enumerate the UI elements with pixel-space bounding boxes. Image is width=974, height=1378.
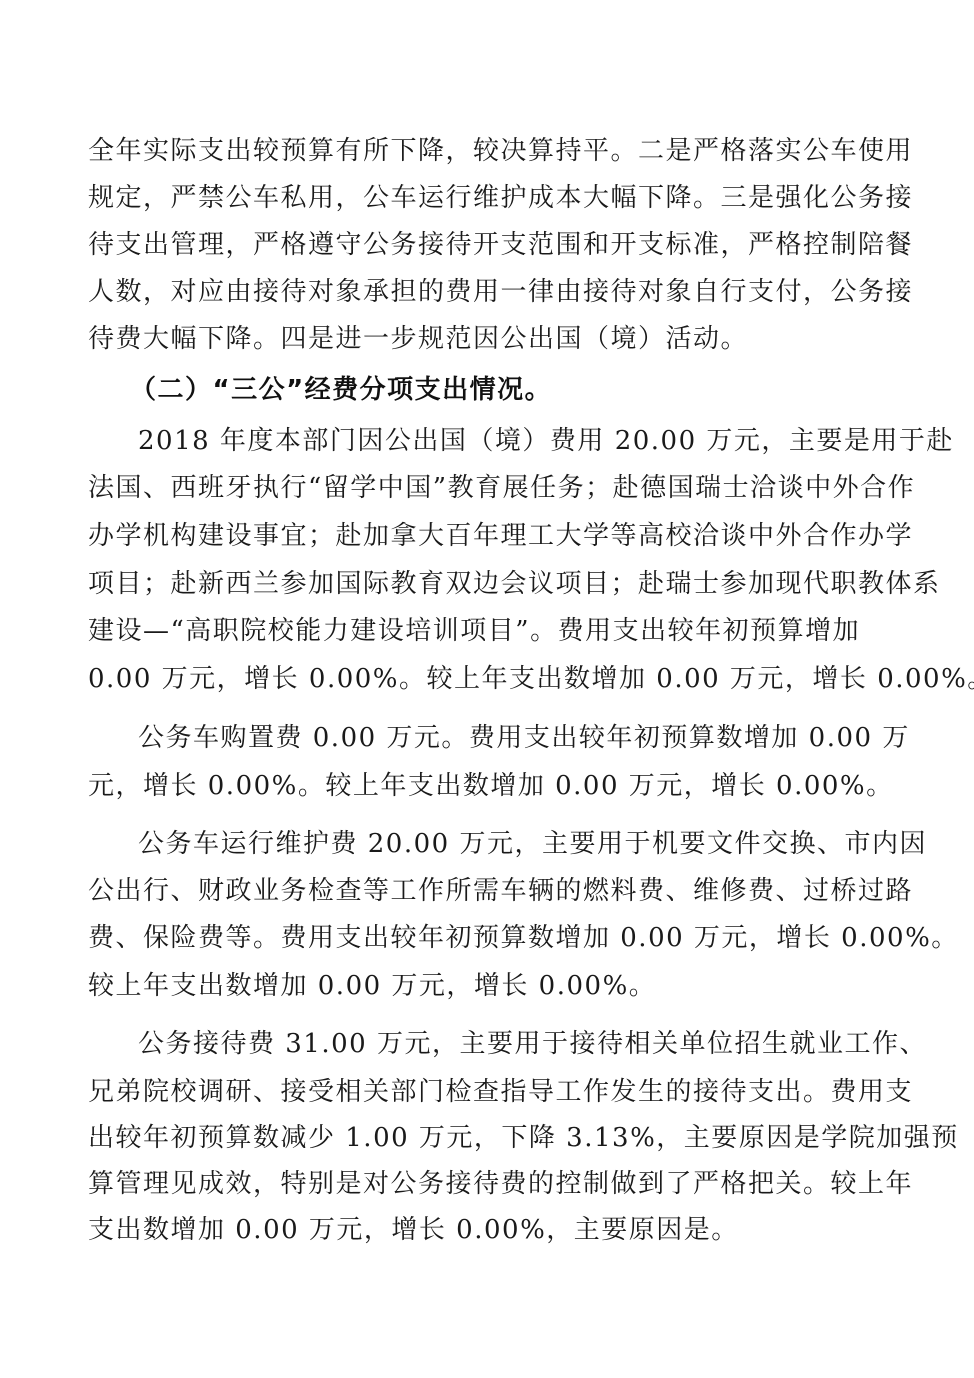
document-page: 全年实际支出较预算有所下降，较决算持平。二是严格落实公车使用 规定，严禁公车私用… [0, 0, 974, 1378]
paragraph-line: 法国、西班牙执行“留学中国”教育展任务；赴德国瑞士洽谈中外合作 [88, 470, 888, 506]
paragraph-line: 公务接待费 31.00 万元，主要用于接待相关单位招生就业工作、 [138, 1026, 938, 1062]
paragraph-line: 全年实际支出较预算有所下降，较决算持平。二是严格落实公车使用 [88, 133, 888, 169]
paragraph-line: 算管理见成效，特别是对公务接待费的控制做到了严格把关。较上年 [88, 1166, 888, 1202]
paragraph-line: 公务车购置费 0.00 万元。费用支出较年初预算数增加 0.00 万 [138, 720, 938, 756]
paragraph-line: 支出数增加 0.00 万元，增长 0.00%，主要原因是。 [88, 1212, 888, 1248]
paragraph-line: 较上年支出数增加 0.00 万元，增长 0.00%。 [88, 968, 888, 1004]
section-heading: （二）“三公”经费分项支出情况。 [130, 372, 930, 408]
paragraph-line: 元，增长 0.00%。较上年支出数增加 0.00 万元，增长 0.00%。 [88, 768, 888, 804]
paragraph-line: 2018 年度本部门因公出国（境）费用 20.00 万元，主要是用于赴 [138, 423, 938, 459]
paragraph-line: 公务车运行维护费 20.00 万元，主要用于机要文件交换、市内因 [138, 826, 938, 862]
paragraph-line: 规定，严禁公车私用，公车运行维护成本大幅下降。三是强化公务接 [88, 180, 888, 216]
paragraph-line: 待费大幅下降。四是进一步规范因公出国（境）活动。 [88, 321, 888, 357]
paragraph-line: 0.00 万元，增长 0.00%。较上年支出数增加 0.00 万元，增长 0.0… [88, 661, 888, 697]
paragraph-line: 公出行、财政业务检查等工作所需车辆的燃料费、维修费、过桥过路 [88, 873, 888, 909]
paragraph-line: 待支出管理，严格遵守公务接待开支范围和开支标准，严格控制陪餐 [88, 227, 888, 263]
paragraph-line: 建设—“高职院校能力建设培训项目”。费用支出较年初预算增加 [88, 613, 888, 649]
paragraph-line: 费、保险费等。费用支出较年初预算数增加 0.00 万元，增长 0.00%。 [88, 920, 888, 956]
paragraph-line: 项目；赴新西兰参加国际教育双边会议项目；赴瑞士参加现代职教体系 [88, 566, 888, 602]
paragraph-line: 人数，对应由接待对象承担的费用一律由接待对象自行支付，公务接 [88, 274, 888, 310]
paragraph-line: 出较年初预算数减少 1.00 万元，下降 3.13%，主要原因是学院加强预 [88, 1120, 888, 1156]
paragraph-line: 兄弟院校调研、接受相关部门检查指导工作发生的接待支出。费用支 [88, 1074, 888, 1110]
paragraph-line: 办学机构建设事宜；赴加拿大百年理工大学等高校洽谈中外合作办学 [88, 518, 888, 554]
